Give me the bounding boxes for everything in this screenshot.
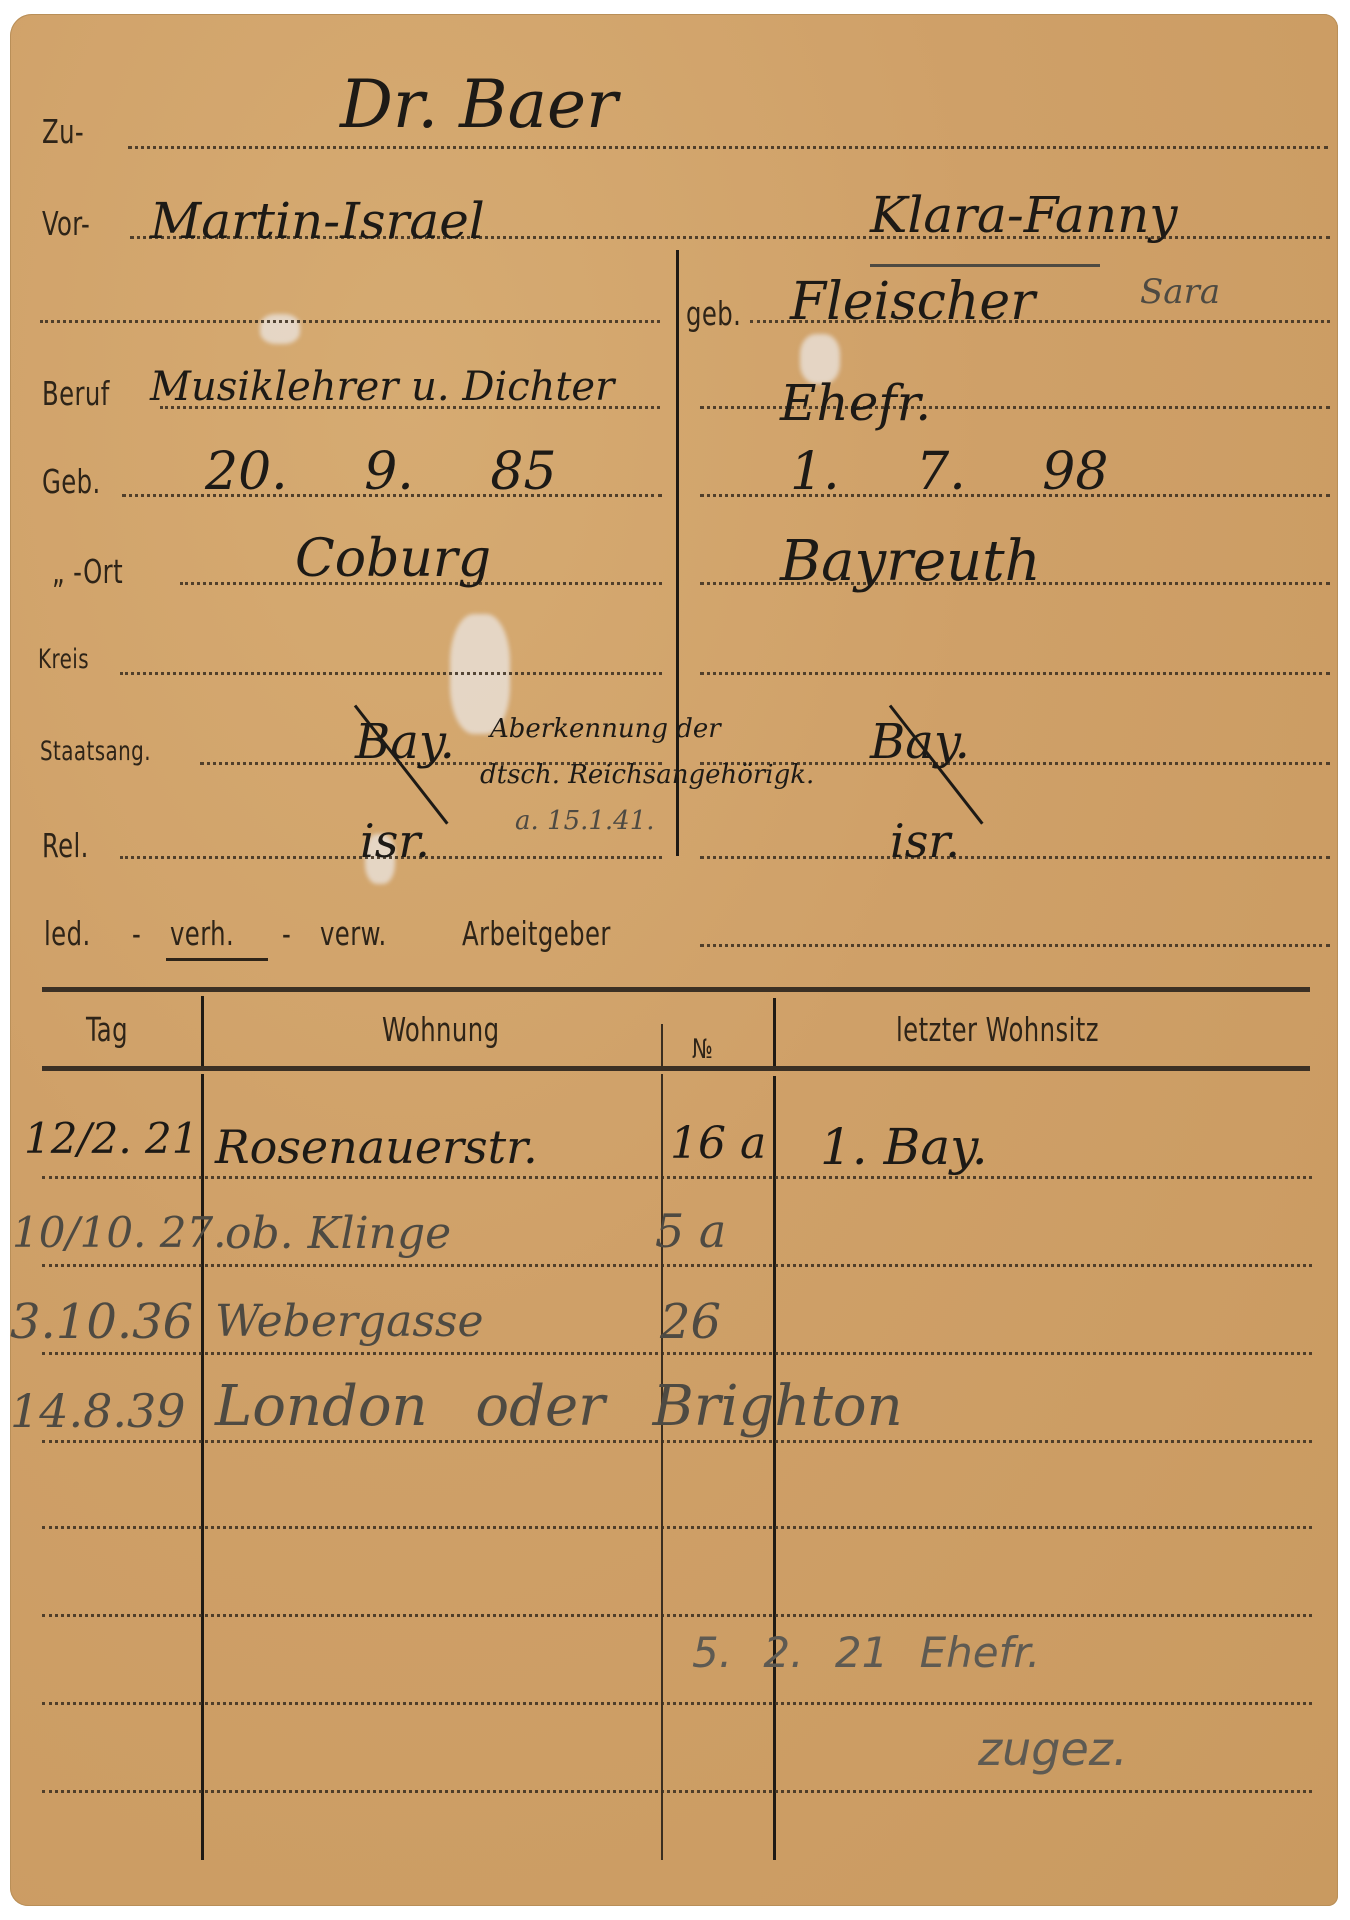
wife-birth-date: 1. 7. 98: [790, 442, 1108, 502]
column-divider: [661, 1074, 663, 1860]
label-sep: -: [282, 914, 291, 953]
header-tag: Tag: [86, 1010, 128, 1049]
row-wohnung: Webergasse: [215, 1296, 484, 1347]
column-divider: [201, 1074, 204, 1860]
row-wohnung: London oder Brighton: [215, 1374, 903, 1439]
dotted-line: [700, 856, 1330, 859]
surname-value: Dr. Baer: [340, 66, 618, 143]
dotted-line: [700, 672, 1330, 675]
husband-birth-date: 20. 9. 85: [205, 442, 557, 502]
header-number: №: [692, 1034, 713, 1065]
column-divider: [661, 1024, 663, 1066]
registration-card: Zu- Dr. Baer Vor- Martin-Israel Klara-Fa…: [10, 14, 1338, 1906]
row-tag: 3.10.36: [10, 1294, 193, 1350]
label-birth-name: geb.: [686, 294, 741, 333]
row-nr: 26: [660, 1294, 721, 1350]
table-header-rule: [42, 1066, 1310, 1071]
row-wohnung: ob. Klinge: [225, 1208, 451, 1259]
wife-birth-name: Fleischer: [790, 272, 1035, 332]
label-surname: Zu-: [42, 112, 84, 151]
header-last-residence: letzter Wohnsitz: [896, 1010, 1099, 1049]
pencil-note-line2: zugez.: [978, 1722, 1128, 1776]
dotted-line: [40, 320, 660, 323]
pencil-note-line1: 5. 2. 21 Ehefr.: [692, 1628, 1040, 1677]
row-tag: 10/10. 27.: [12, 1208, 227, 1257]
table-top-rule: [42, 987, 1310, 992]
label-citizenship: Staatsang.: [40, 736, 151, 767]
husband-first-name: Martin-Israel: [150, 192, 485, 250]
dotted-line: [700, 944, 1330, 947]
row-nr: 16 a: [670, 1118, 766, 1169]
row-nr: 5 a: [655, 1204, 726, 1258]
married-underline: [166, 958, 268, 961]
strikethrough: [870, 264, 1100, 267]
husband-occupation: Musiklehrer u. Dichter: [150, 364, 614, 410]
wife-birth-place: Bayreuth: [780, 529, 1041, 594]
wife-first-name: Klara-Fanny: [870, 186, 1178, 244]
column-divider: [201, 996, 204, 1066]
column-divider: [773, 998, 776, 1066]
citizenship-note-line1: Aberkennung der: [490, 714, 721, 744]
husband-religion: isr.: [360, 814, 430, 868]
label-occupation: Beruf: [42, 374, 110, 413]
wife-religion: isr.: [890, 814, 960, 868]
label-sep: -: [132, 914, 141, 953]
row-last-residence: 1. Bay.: [820, 1118, 988, 1176]
wife-occupation: Ehefr.: [780, 374, 931, 432]
label-birth-date: Geb.: [42, 462, 101, 501]
label-single: led.: [44, 914, 91, 953]
paper-stain: [260, 314, 300, 344]
label-employer: Arbeitgeber: [462, 914, 611, 953]
husband-birth-place: Coburg: [295, 529, 491, 589]
label-married: verh.: [170, 914, 234, 953]
citizenship-note-line2: dtsch. Reichsangehörigk.: [480, 760, 814, 790]
dotted-line: [128, 146, 1328, 149]
label-religion: Rel.: [42, 826, 89, 865]
wife-first-name-overwrite: Sara: [1140, 272, 1220, 312]
citizenship-note-line3: a. 15.1.41.: [515, 806, 655, 836]
row-tag: 14.8.39: [10, 1384, 186, 1438]
label-birth-place: „ -Ort: [52, 552, 123, 591]
column-divider: [773, 1076, 776, 1860]
row-wohnung: Rosenauerstr.: [215, 1120, 538, 1174]
label-widowed: verw.: [320, 914, 387, 953]
row-tag: 12/2. 21: [24, 1114, 198, 1163]
label-district: Kreis: [38, 644, 89, 675]
label-first-name: Vor-: [42, 204, 90, 243]
dotted-line: [120, 672, 662, 675]
header-apartment: Wohnung: [382, 1010, 499, 1049]
